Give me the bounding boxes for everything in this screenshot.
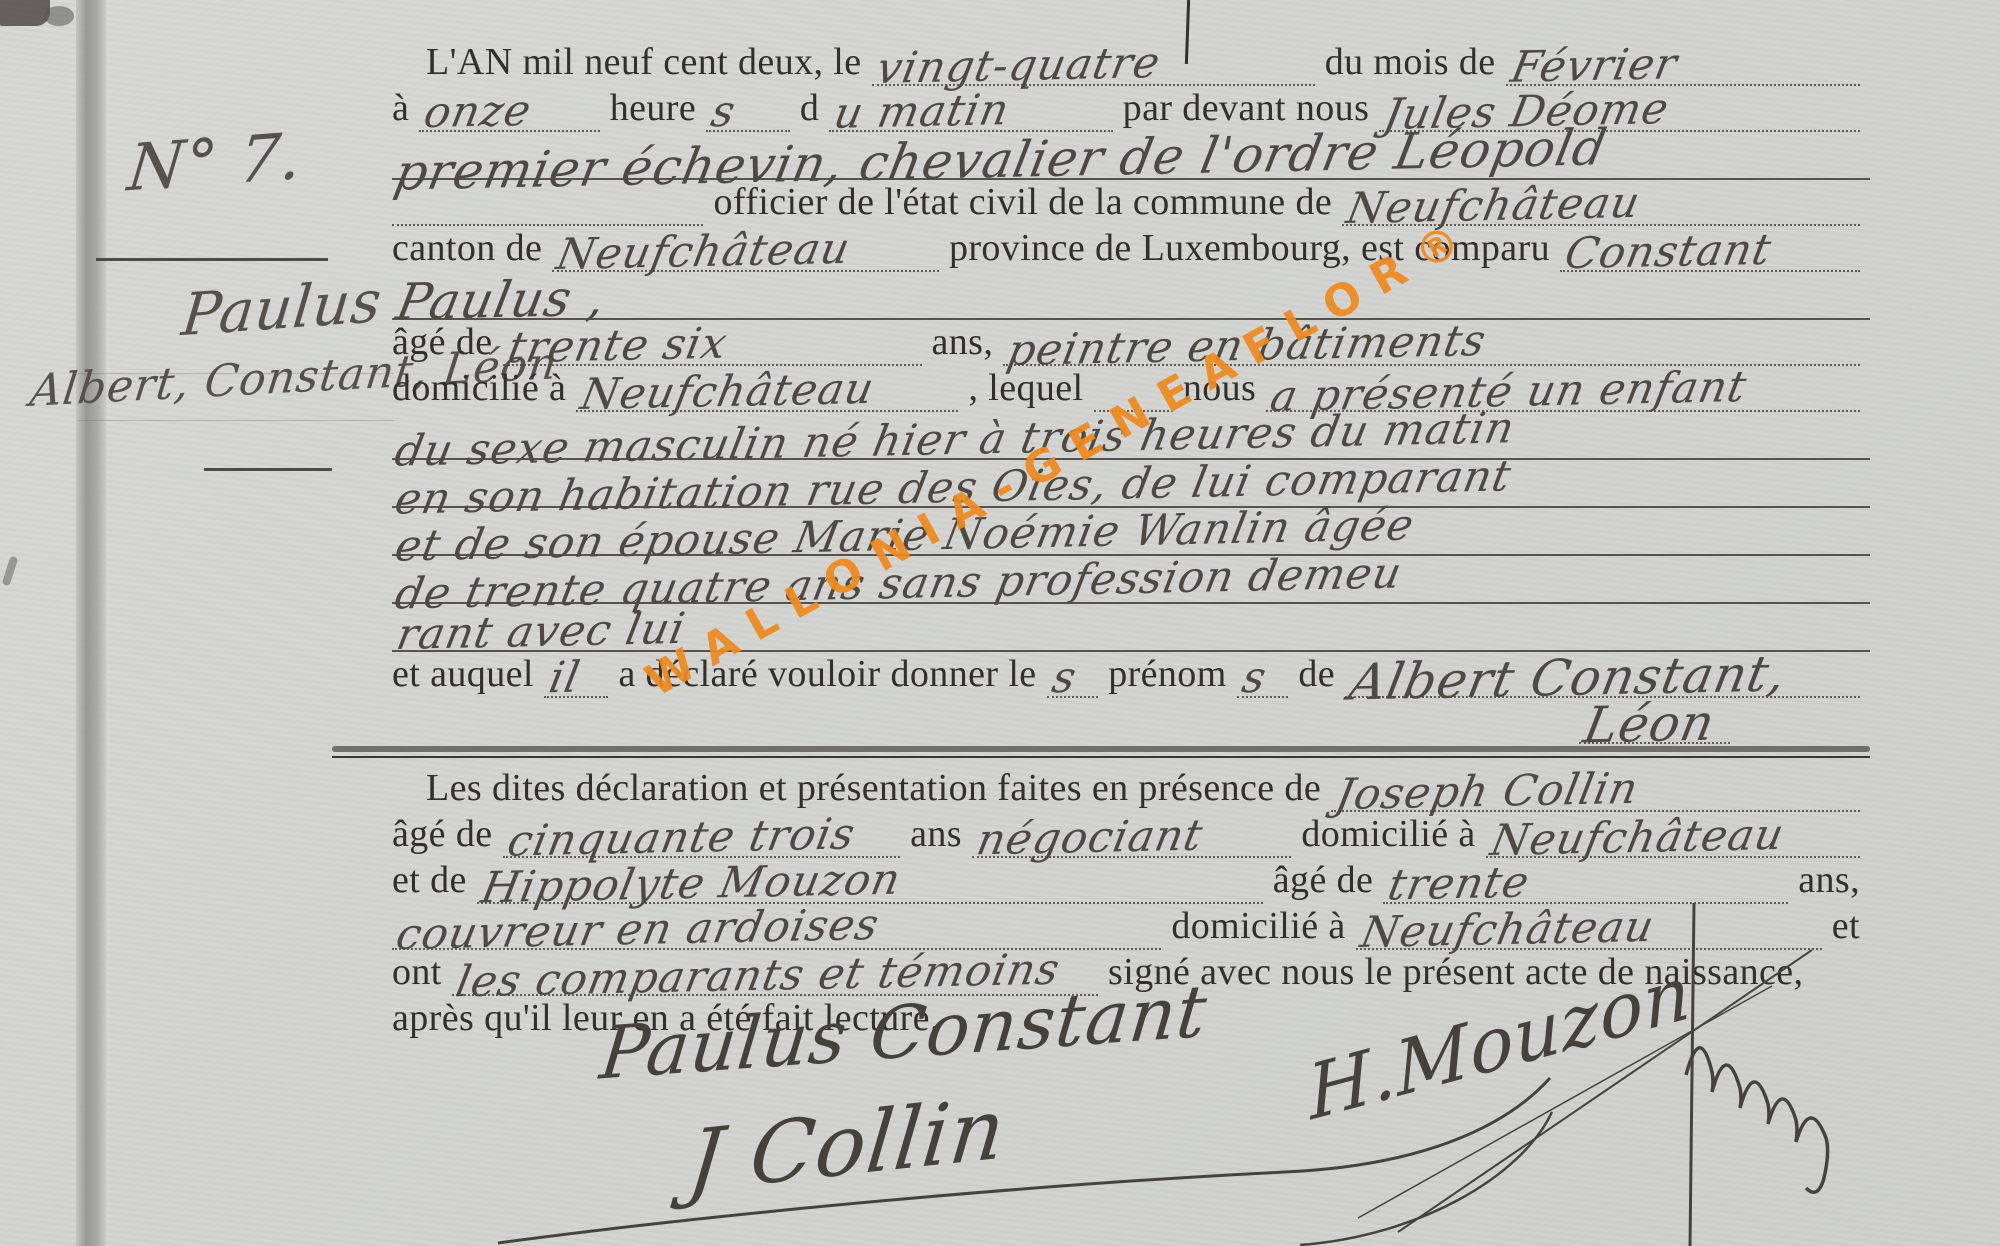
document-page: N° 7. Paulus Albert, Constant, Léon L'AN… (0, 0, 2000, 1246)
